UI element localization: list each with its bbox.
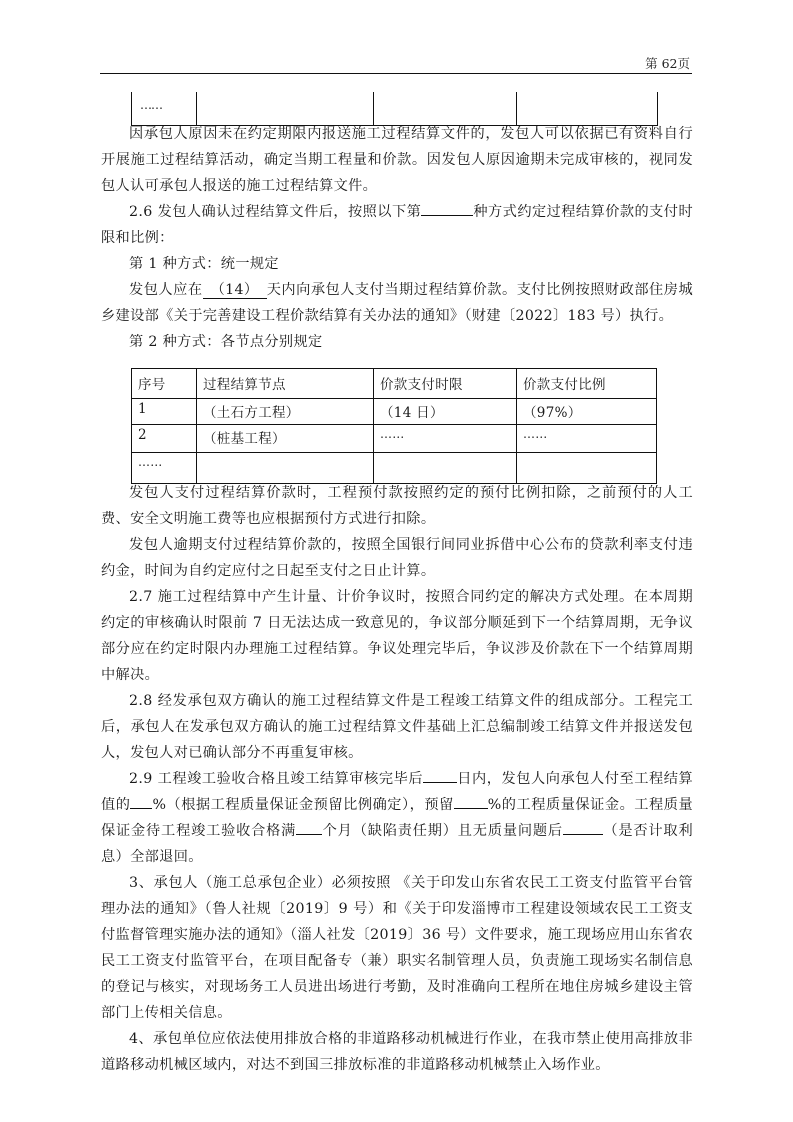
table-row: …… bbox=[132, 453, 657, 484]
paragraph-3-wage-platform: 3、承包人（施工总承包企业）必须按照 《关于印发山东省农民工工资支付监管平台管理… bbox=[101, 870, 693, 1026]
paragraph-4-machinery: 4、承包单位应依法使用排放合格的非道路移动机械进行作业，在我市禁止使用高排放非道… bbox=[101, 1026, 693, 1078]
body-section-top: 因承包人原因未在约定期限内报送施工过程结算文件的，发包人可以依据已有资料自行开展… bbox=[101, 121, 693, 355]
cell-ratio: …… bbox=[517, 425, 657, 453]
p29-months-blank[interactable] bbox=[296, 834, 322, 835]
p29-text-c: %（根据工程质量保证金预留比例确定），预留 bbox=[152, 797, 453, 813]
cell-ratio bbox=[517, 453, 657, 484]
cell-node: （桩基工程） bbox=[197, 425, 374, 453]
paragraph-late-payment: 发包人逾期支付过程结算价款的，按照全国银行间同业拆借中心公布的贷款利率支付违约金… bbox=[101, 532, 693, 584]
cell-term: （14 日） bbox=[374, 399, 517, 425]
table-row: 1 （土石方工程） （14 日） （97%） bbox=[132, 399, 657, 425]
table-header-row: 序号 过程结算节点 价款支付时限 价款支付比例 bbox=[132, 369, 657, 399]
method-1-title: 第 1 种方式：统一规定 bbox=[101, 251, 693, 277]
paragraph-2-6: 2.6 发包人确认过程结算文件后，按照以下第种方式约定过程结算价款的支付时限和比… bbox=[101, 199, 693, 251]
header-term: 价款支付时限 bbox=[374, 369, 517, 399]
table-row: 2 （桩基工程） …… …… bbox=[132, 425, 657, 453]
header-ratio: 价款支付比例 bbox=[517, 369, 657, 399]
cell-seq: …… bbox=[132, 453, 197, 484]
method-2-title: 第 2 种方式：各节点分别规定 bbox=[101, 329, 693, 355]
p29-retention-percent-blank[interactable] bbox=[454, 808, 488, 809]
cell-term bbox=[374, 453, 517, 484]
paragraph-2-9: 2.9 工程竣工验收合格且竣工结算审核完毕后日内，发包人向承包人付至工程结算值的… bbox=[101, 766, 693, 870]
p29-interest-blank[interactable] bbox=[563, 834, 603, 835]
paragraph-method-1: 发包人应在（14）天内向承包人支付当期过程结算价款。支付比例按照财政部住房城乡建… bbox=[101, 277, 693, 329]
page-header: 第 62页 bbox=[100, 50, 692, 74]
method1-days-blank[interactable]: （14） bbox=[203, 282, 267, 299]
header-seq: 序号 bbox=[132, 369, 197, 399]
p26-method-blank[interactable] bbox=[421, 215, 473, 216]
method1-text-pre: 发包人应在 bbox=[129, 282, 203, 298]
cell-node: （土石方工程） bbox=[197, 399, 374, 425]
header-node: 过程结算节点 bbox=[197, 369, 374, 399]
page-number: 第 62页 bbox=[645, 54, 690, 72]
cell-seq: 2 bbox=[132, 425, 197, 453]
paragraph-2-7: 2.7 施工过程结算中产生计量、计价争议时，按照合同约定的解决方式处理。在本周期… bbox=[101, 584, 693, 688]
payment-schedule-table: 序号 过程结算节点 价款支付时限 价款支付比例 1 （土石方工程） （14 日）… bbox=[131, 368, 657, 484]
p26-text-pre: 2.6 发包人确认过程结算文件后，按照以下第 bbox=[129, 204, 421, 220]
paragraph-advance-deduction: 发包人支付过程结算价款时，工程预付款按照约定的预付比例扣除，之前预付的人工费、安… bbox=[101, 480, 693, 532]
p29-days-blank[interactable] bbox=[423, 782, 457, 783]
cell-ratio: （97%） bbox=[517, 399, 657, 425]
cell-node bbox=[197, 453, 374, 484]
body-section-bottom: 发包人支付过程结算价款时，工程预付款按照约定的预付比例扣除，之前预付的人工费、安… bbox=[101, 480, 693, 1078]
paragraph-2-8: 2.8 经发承包双方确认的施工过程结算文件是工程竣工结算文件的组成部分。工程完工… bbox=[101, 688, 693, 766]
p29-payment-percent-blank[interactable] bbox=[130, 808, 152, 809]
p29-text-e: 个月（缺陷责任期）且无质量问题后 bbox=[322, 823, 563, 839]
p29-text-a: 2.9 工程竣工验收合格且竣工结算审核完毕后 bbox=[129, 771, 423, 787]
paragraph-overdue-submission: 因承包人原因未在约定期限内报送施工过程结算文件的，发包人可以依据已有资料自行开展… bbox=[101, 121, 693, 199]
cell-term: …… bbox=[374, 425, 517, 453]
cell-seq: 1 bbox=[132, 399, 197, 425]
